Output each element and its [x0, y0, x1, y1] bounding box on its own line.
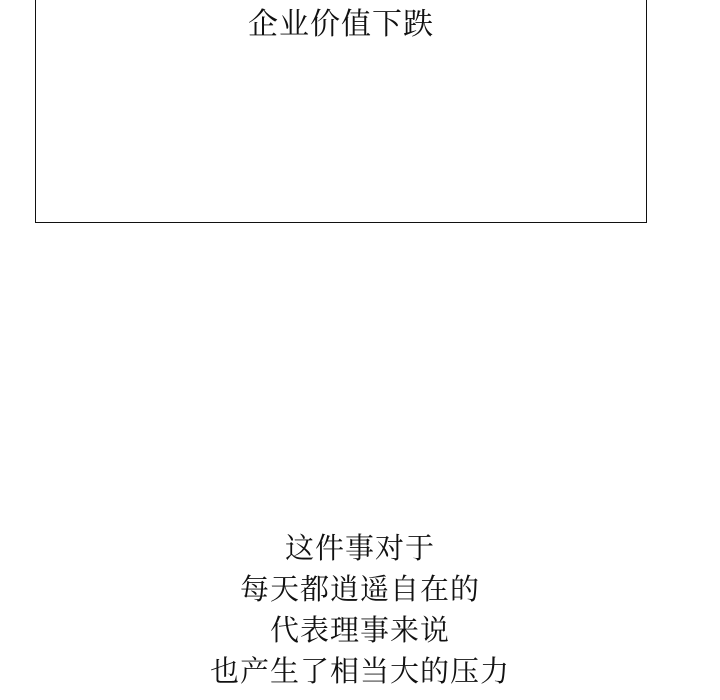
narration-line: 代表理事来说	[0, 610, 720, 651]
narration-line: 这件事对于	[0, 528, 720, 569]
comic-panel-frame: 企业价值下跌	[35, 0, 647, 223]
narration-line: 也产生了相当大的压力	[0, 651, 720, 692]
panel-caption: 企业价值下跌	[36, 5, 646, 45]
narration-line: 每天都逍遥自在的	[0, 569, 720, 610]
narration-text: 这件事对于 每天都逍遥自在的 代表理事来说 也产生了相当大的压力	[0, 528, 720, 692]
